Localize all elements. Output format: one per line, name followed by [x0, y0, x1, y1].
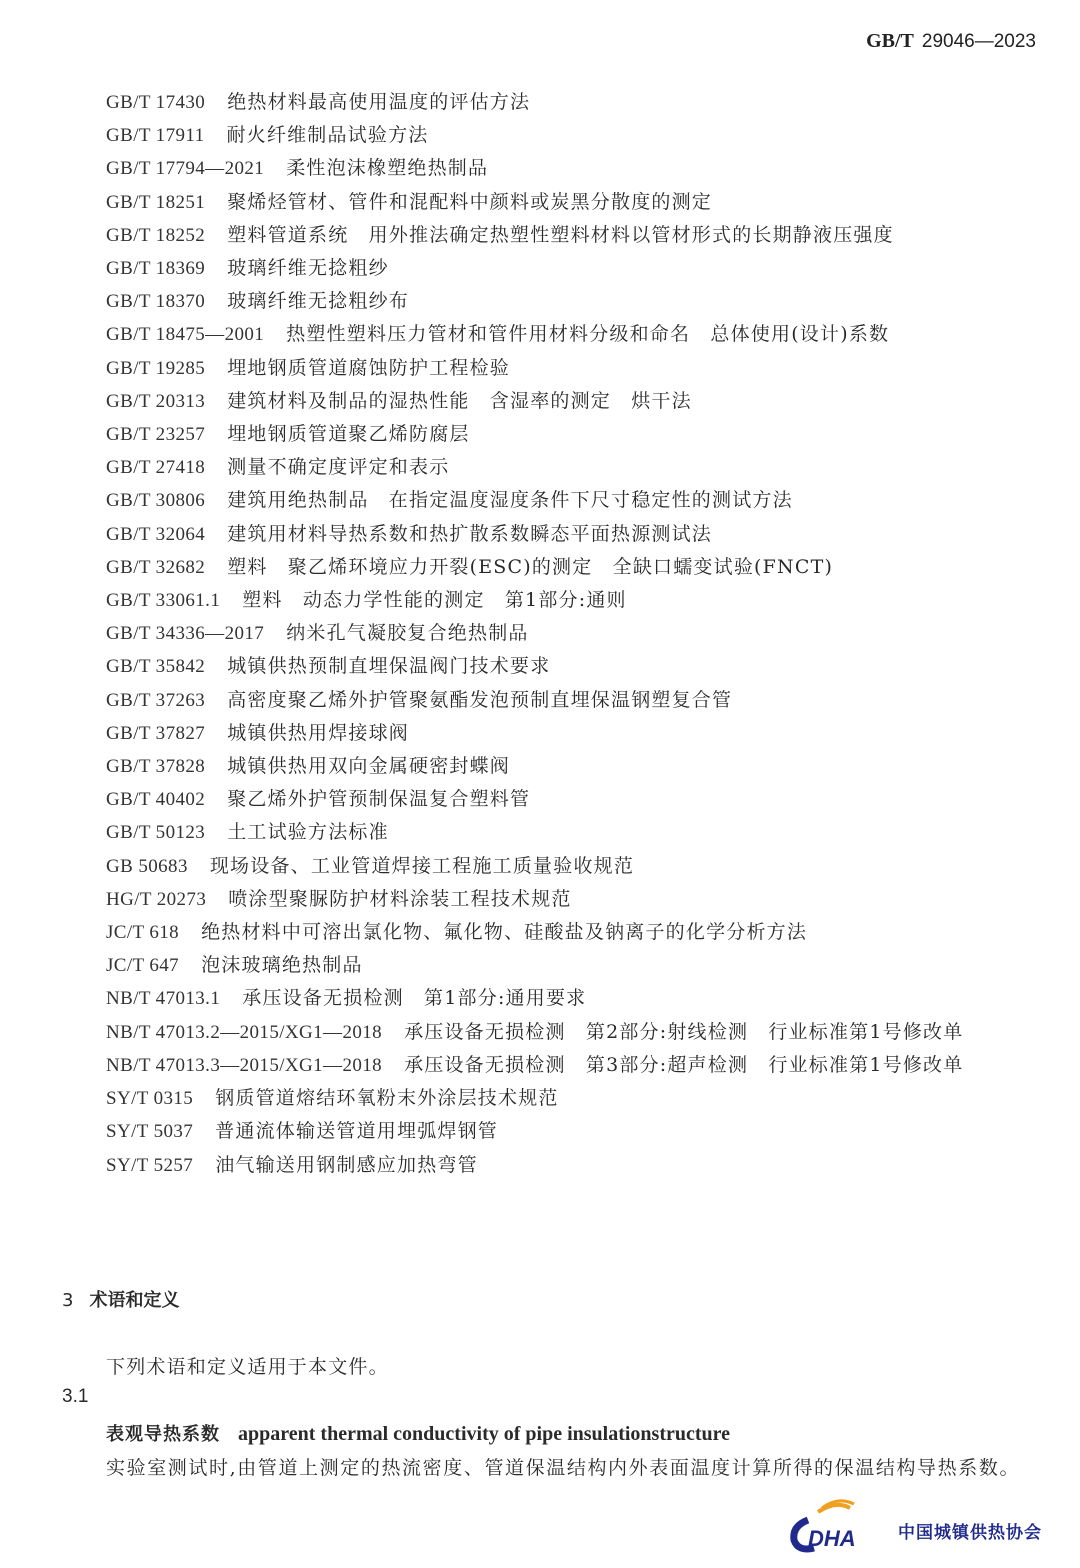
section-number: 3: [62, 1290, 73, 1311]
chda-logo: DHA 中国城镇供热协会: [784, 1496, 1064, 1556]
section-heading: 3术语和定义: [62, 1286, 179, 1312]
reference-item: NB/T 47013.1承压设备无损检测 第1部分:通用要求: [62, 982, 1036, 1015]
reference-item: GB 50683现场设备、工业管道焊接工程施工质量验收规范: [62, 850, 1036, 883]
section-title: 术语和定义: [89, 1290, 179, 1311]
reference-item: SY/T 0315钢质管道熔结环氧粉末外涂层技术规范: [62, 1082, 1036, 1115]
svg-text:DHA: DHA: [808, 1526, 856, 1551]
reference-item: JC/T 647泡沫玻璃绝热制品: [62, 949, 1036, 982]
reference-item: GB/T 18369玻璃纤维无捻粗纱: [62, 252, 1036, 285]
standard-number: 29046—2023: [922, 31, 1036, 52]
term-chinese: 表观导热系数: [106, 1424, 220, 1445]
standard-prefix: GB/T: [866, 30, 914, 52]
term-english: apparent thermal conductivity of pipe in…: [238, 1423, 730, 1445]
reference-item: GB/T 32064建筑用材料导热系数和热扩散系数瞬态平面热源测试法: [62, 518, 1036, 551]
term-heading: 表观导热系数apparent thermal conductivity of p…: [106, 1420, 730, 1446]
reference-item: GB/T 17911耐火纤维制品试验方法: [62, 119, 1036, 152]
reference-item: GB/T 37827城镇供热用焊接球阀: [62, 717, 1036, 750]
reference-item: GB/T 17430绝热材料最高使用温度的评估方法: [62, 86, 1036, 119]
reference-item: HG/T 20273喷涂型聚脲防护材料涂装工程技术规范: [62, 883, 1036, 916]
association-name: 中国城镇供热协会: [898, 1518, 1042, 1543]
dha-logo-mark-icon: DHA: [784, 1496, 894, 1556]
reference-item: GB/T 27418测量不确定度评定和表示: [62, 451, 1036, 484]
reference-item: GB/T 18370玻璃纤维无捻粗纱布: [62, 285, 1036, 318]
reference-item: NB/T 47013.3—2015/XG1—2018承压设备无损检测 第3部分:…: [62, 1049, 1036, 1082]
reference-item: GB/T 37263高密度聚乙烯外护管聚氨酯发泡预制直埋保温钢塑复合管: [62, 684, 1036, 717]
reference-item: GB/T 18475—2001热塑性塑料压力管材和管件用材料分级和命名 总体使用…: [62, 318, 1036, 351]
reference-item: GB/T 23257埋地钢质管道聚乙烯防腐层: [62, 418, 1036, 451]
clause-number: 3.1: [62, 1386, 88, 1408]
reference-item: GB/T 32682塑料 聚乙烯环境应力开裂(ESC)的测定 全缺口蠕变试验(F…: [62, 551, 1036, 584]
page-header: GB/T29046—2023: [866, 30, 1036, 53]
reference-item: GB/T 33061.1塑料 动态力学性能的测定 第1部分:通则: [62, 584, 1036, 617]
reference-item: JC/T 618绝热材料中可溶出氯化物、氟化物、硅酸盐及钠离子的化学分析方法: [62, 916, 1036, 949]
reference-item: GB/T 50123土工试验方法标准: [62, 816, 1036, 849]
reference-item: GB/T 17794—2021柔性泡沫橡塑绝热制品: [62, 152, 1036, 185]
reference-item: GB/T 34336—2017纳米孔气凝胶复合绝热制品: [62, 617, 1036, 650]
section-intro: 下列术语和定义适用于本文件。: [106, 1352, 389, 1379]
reference-item: GB/T 20313建筑材料及制品的湿热性能 含湿率的测定 烘干法: [62, 385, 1036, 418]
reference-item: GB/T 37828城镇供热用双向金属硬密封蝶阀: [62, 750, 1036, 783]
term-definition: 实验室测试时,由管道上测定的热流密度、管道保温结构内外表面温度计算所得的保温结构…: [62, 1452, 1036, 1485]
normative-references-list: GB/T 17430绝热材料最高使用温度的评估方法 GB/T 17911耐火纤维…: [62, 86, 1036, 1182]
reference-item: GB/T 19285埋地钢质管道腐蚀防护工程检验: [62, 352, 1036, 385]
reference-item: GB/T 18251聚烯烃管材、管件和混配料中颜料或炭黑分散度的测定: [62, 186, 1036, 219]
reference-item: SY/T 5257油气输送用钢制感应加热弯管: [62, 1149, 1036, 1182]
reference-item: NB/T 47013.2—2015/XG1—2018承压设备无损检测 第2部分:…: [62, 1016, 1036, 1049]
reference-item: GB/T 35842城镇供热预制直埋保温阀门技术要求: [62, 650, 1036, 683]
reference-item: SY/T 5037普通流体输送管道用埋弧焊钢管: [62, 1115, 1036, 1148]
reference-item: GB/T 40402聚乙烯外护管预制保温复合塑料管: [62, 783, 1036, 816]
reference-item: GB/T 18252塑料管道系统 用外推法确定热塑性塑料材料以管材形式的长期静液…: [62, 219, 1036, 252]
reference-item: GB/T 30806建筑用绝热制品 在指定温度湿度条件下尺寸稳定性的测试方法: [62, 484, 1036, 517]
